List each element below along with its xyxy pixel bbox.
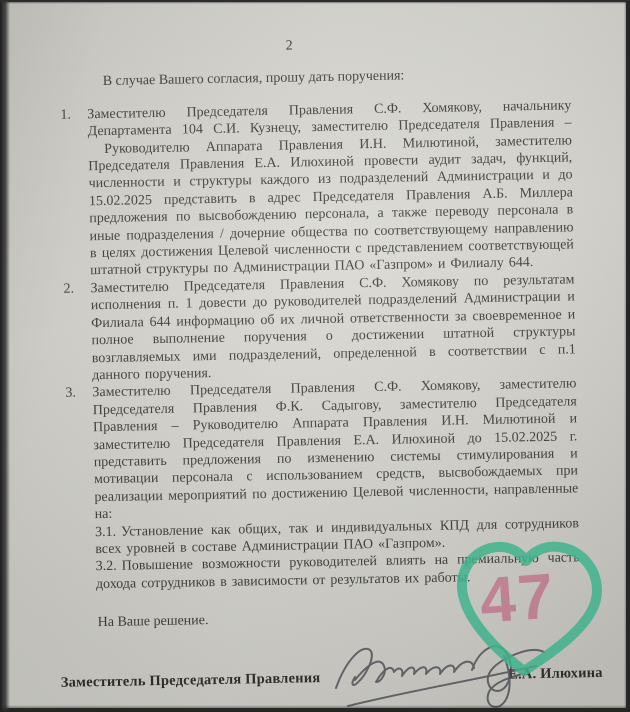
sub-item-number: 3.1. <box>95 524 116 539</box>
item-number: 2. <box>63 280 74 298</box>
item-text: Заместителю Председателя Правления С.Ф. … <box>90 271 576 384</box>
directive-item-3: 3. Заместителю Председателя Правления С.… <box>63 376 580 594</box>
signatory-title: Заместитель Председателя Правления <box>61 670 321 692</box>
directives-list: 1. Заместителю Председателя Правления С.… <box>58 97 580 594</box>
item-number: 1. <box>60 106 71 124</box>
closing-text: На Ваше решение. <box>98 605 581 631</box>
intro-text: В случае Вашего согласия, прошу дать пор… <box>103 65 571 91</box>
document-photo: 2 В случае Вашего согласия, прошу дать п… <box>0 0 630 712</box>
document-content: 2 В случае Вашего согласия, прошу дать п… <box>56 0 581 692</box>
directive-item-1: 1. Заместителю Председателя Правления С.… <box>58 97 574 280</box>
page-number: 2 <box>57 33 522 59</box>
paper-sheet: 2 В случае Вашего согласия, прошу дать п… <box>6 2 626 708</box>
sub-item-3-2: 3.2.Повышение возможности руководителей … <box>96 550 581 594</box>
sub-item-text: Повышение возможности руководителей влия… <box>96 551 580 592</box>
item-number: 3. <box>65 385 76 403</box>
item-text: Заместителю Председателя Правления С.Ф. … <box>87 97 574 280</box>
sub-item-number: 3.2. <box>96 559 117 574</box>
handwritten-signature-icon <box>324 630 559 712</box>
item-text: Заместителю Председателя Правления С.Ф. … <box>92 376 578 524</box>
directive-item-2: 2. Заместителю Председателя Правления С.… <box>61 271 576 385</box>
